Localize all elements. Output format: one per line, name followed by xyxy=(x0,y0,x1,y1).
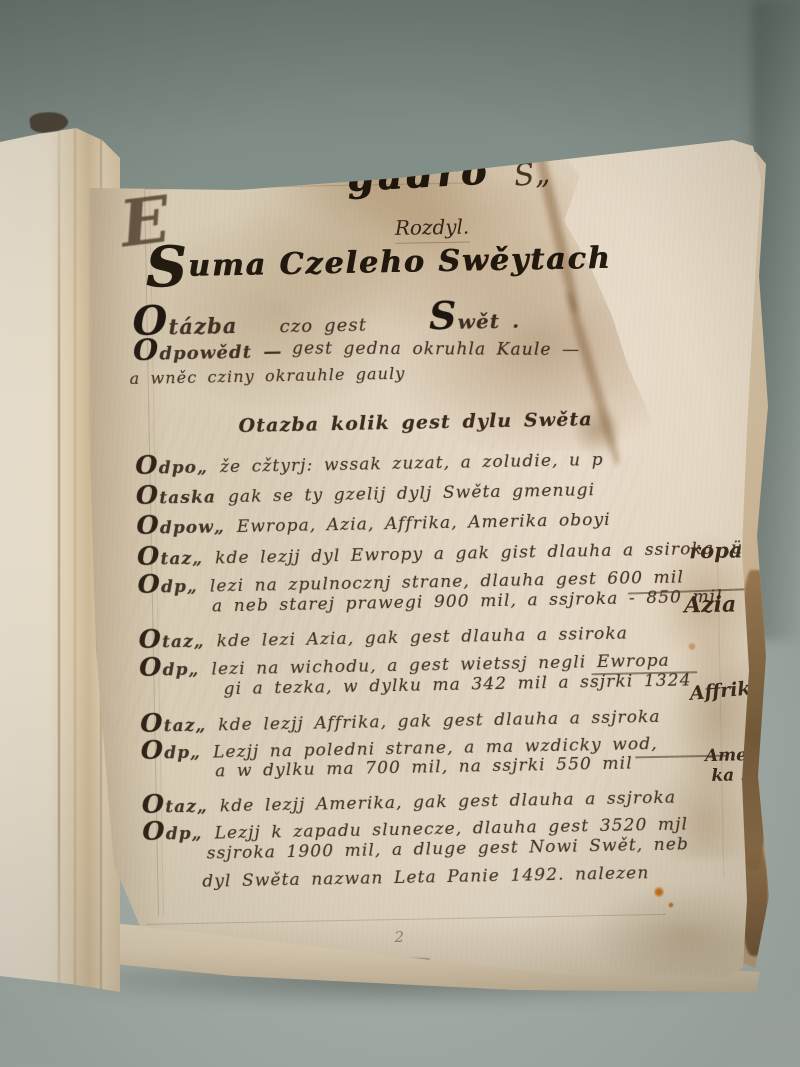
line-label: Odpo„ xyxy=(135,450,208,481)
rust-spot xyxy=(654,886,664,898)
line-label: Otaz„ xyxy=(138,624,205,655)
line-label: Otaz„ xyxy=(137,541,204,572)
line-label: Odp„ xyxy=(137,569,198,600)
gutter-crease xyxy=(58,126,60,992)
manuscript-page: E gádro S„ Rozdyl. Suma Czeleho Swěytach… xyxy=(88,130,772,990)
line-label: Odpow„ xyxy=(136,509,225,541)
photo-of-manuscript-book: E gádro S„ Rozdyl. Suma Czeleho Swěytach… xyxy=(0,0,800,1067)
line-label: Odp„ xyxy=(142,816,203,847)
corner-grime xyxy=(588,886,748,976)
line-label: Odp„ xyxy=(141,735,202,766)
manuscript-line: dyl Swěta nazwan Leta Panie 1492. naleze… xyxy=(190,863,649,892)
line-text: dyl Swěta nazwan Leta Panie 1492. naleze… xyxy=(202,863,649,892)
gutter-crease-light xyxy=(74,126,76,992)
line-label: Otaska xyxy=(136,479,217,511)
background-top-shadow xyxy=(0,0,800,140)
pencil-page-number: 2 xyxy=(394,928,404,946)
margin-stain-wash xyxy=(636,538,752,858)
rust-spot-faint xyxy=(688,642,696,651)
water-stain-blotch xyxy=(574,400,620,460)
line-label: Odp„ xyxy=(139,652,200,683)
rust-spot-small xyxy=(668,902,674,908)
